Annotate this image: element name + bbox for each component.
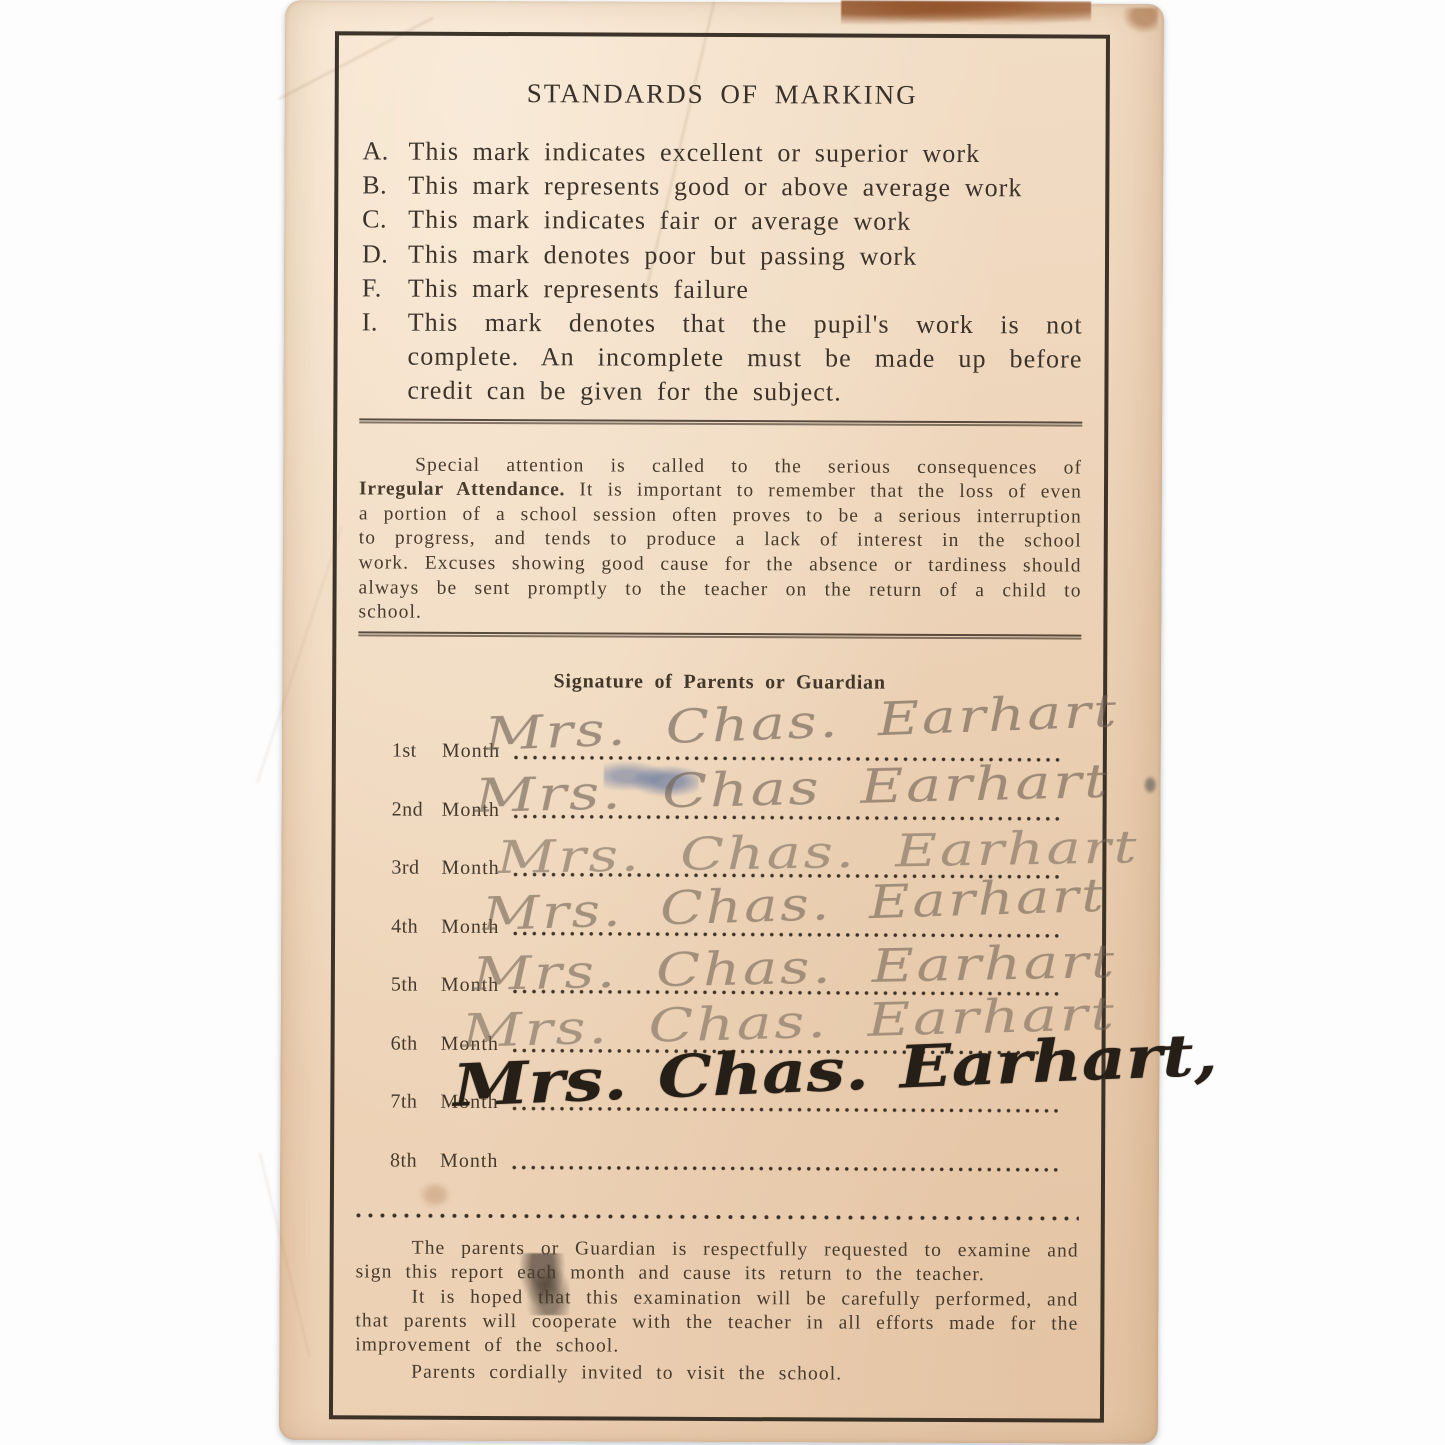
dotted-separator <box>356 1212 1079 1221</box>
mark-letter: C. <box>362 203 408 237</box>
report-card-back: STANDARDS OF MARKING A. This mark indica… <box>279 0 1164 1444</box>
mark-text: This mark indicates fair or average work <box>408 203 1083 240</box>
gray-mark-edge <box>1144 776 1157 794</box>
month-ordinal: 7th <box>390 1091 440 1114</box>
attendance-note-rest: It is important to remember that the los… <box>358 480 1082 623</box>
page-title: STANDARDS OF MARKING <box>361 77 1084 111</box>
month-row: 8th Month <box>356 1118 1079 1180</box>
month-ordinal: 4th <box>391 915 441 938</box>
mark-item: F. This mark represents failure <box>362 271 1083 308</box>
marks-list: A. This mark indicates excellent or supe… <box>361 134 1083 411</box>
rust-stain-corner <box>1122 8 1158 34</box>
dotted-signature-line <box>512 1165 1063 1172</box>
footer-invite-line: Parents cordially invited to visit the s… <box>355 1360 1078 1388</box>
mark-text: This mark represents failure <box>408 271 1083 308</box>
month-ordinal: 1st <box>392 740 442 763</box>
mark-item: A. This mark indicates excellent or supe… <box>362 134 1083 171</box>
crease-line-bottom <box>259 1153 311 1357</box>
attendance-note: Special attention is called to the serio… <box>358 453 1082 628</box>
mark-item: D. This mark denotes poor but passing wo… <box>362 237 1083 274</box>
footer-hope-paragraph: It is hoped that this examination will b… <box>355 1285 1078 1361</box>
mark-item: B. This mark represents good or above av… <box>362 169 1083 206</box>
month-ordinal: 5th <box>391 974 441 997</box>
double-rule-divider <box>359 418 1082 426</box>
month-label: Month <box>440 1150 506 1173</box>
mark-letter: I. <box>361 305 407 408</box>
footer-request-paragraph: The parents or Guardian is respectfully … <box>356 1236 1079 1288</box>
handwritten-signature-pencil: Mrs. Chas. Earhart <box>484 683 1120 761</box>
rust-stain-top <box>841 1 1091 32</box>
month-ordinal: 2nd <box>392 798 442 821</box>
mark-text: This mark denotes that the pupil's work … <box>407 306 1082 412</box>
mark-letter: F. <box>362 271 408 305</box>
mark-text: This mark denotes poor but passing work <box>408 237 1083 274</box>
mark-item: I. This mark denotes that the pupil's wo… <box>361 305 1082 411</box>
month-ordinal: 6th <box>391 1032 441 1055</box>
mark-text: This mark represents good or above avera… <box>408 169 1083 206</box>
double-rule-divider <box>358 631 1081 639</box>
mark-letter: D. <box>362 237 408 271</box>
month-row: 7th Month Mrs. Chas. Earhart, <box>356 1059 1079 1121</box>
attendance-note-lead: Special attention is called to the serio… <box>415 454 1082 478</box>
photo-background: STANDARDS OF MARKING A. This mark indica… <box>0 0 1445 1445</box>
mark-item: C. This mark indicates fair or average w… <box>362 203 1083 240</box>
attendance-note-emphasis: Irregular Attendance. <box>359 479 565 501</box>
signature-rows: 1st Month Mrs. Chas. Earhart 2nd Month M… <box>356 708 1081 1179</box>
month-row: 2nd Month Mrs. Chas Earhart <box>358 767 1081 829</box>
mark-letter: A. <box>362 134 408 168</box>
month-ordinal: 8th <box>390 1149 440 1172</box>
mark-letter: B. <box>362 169 408 203</box>
crease-line-left <box>256 527 342 784</box>
month-ordinal: 3rd <box>391 857 441 880</box>
mark-text: This mark indicates excellent or superio… <box>408 135 1083 172</box>
border-frame: STANDARDS OF MARKING A. This mark indica… <box>329 31 1110 1422</box>
